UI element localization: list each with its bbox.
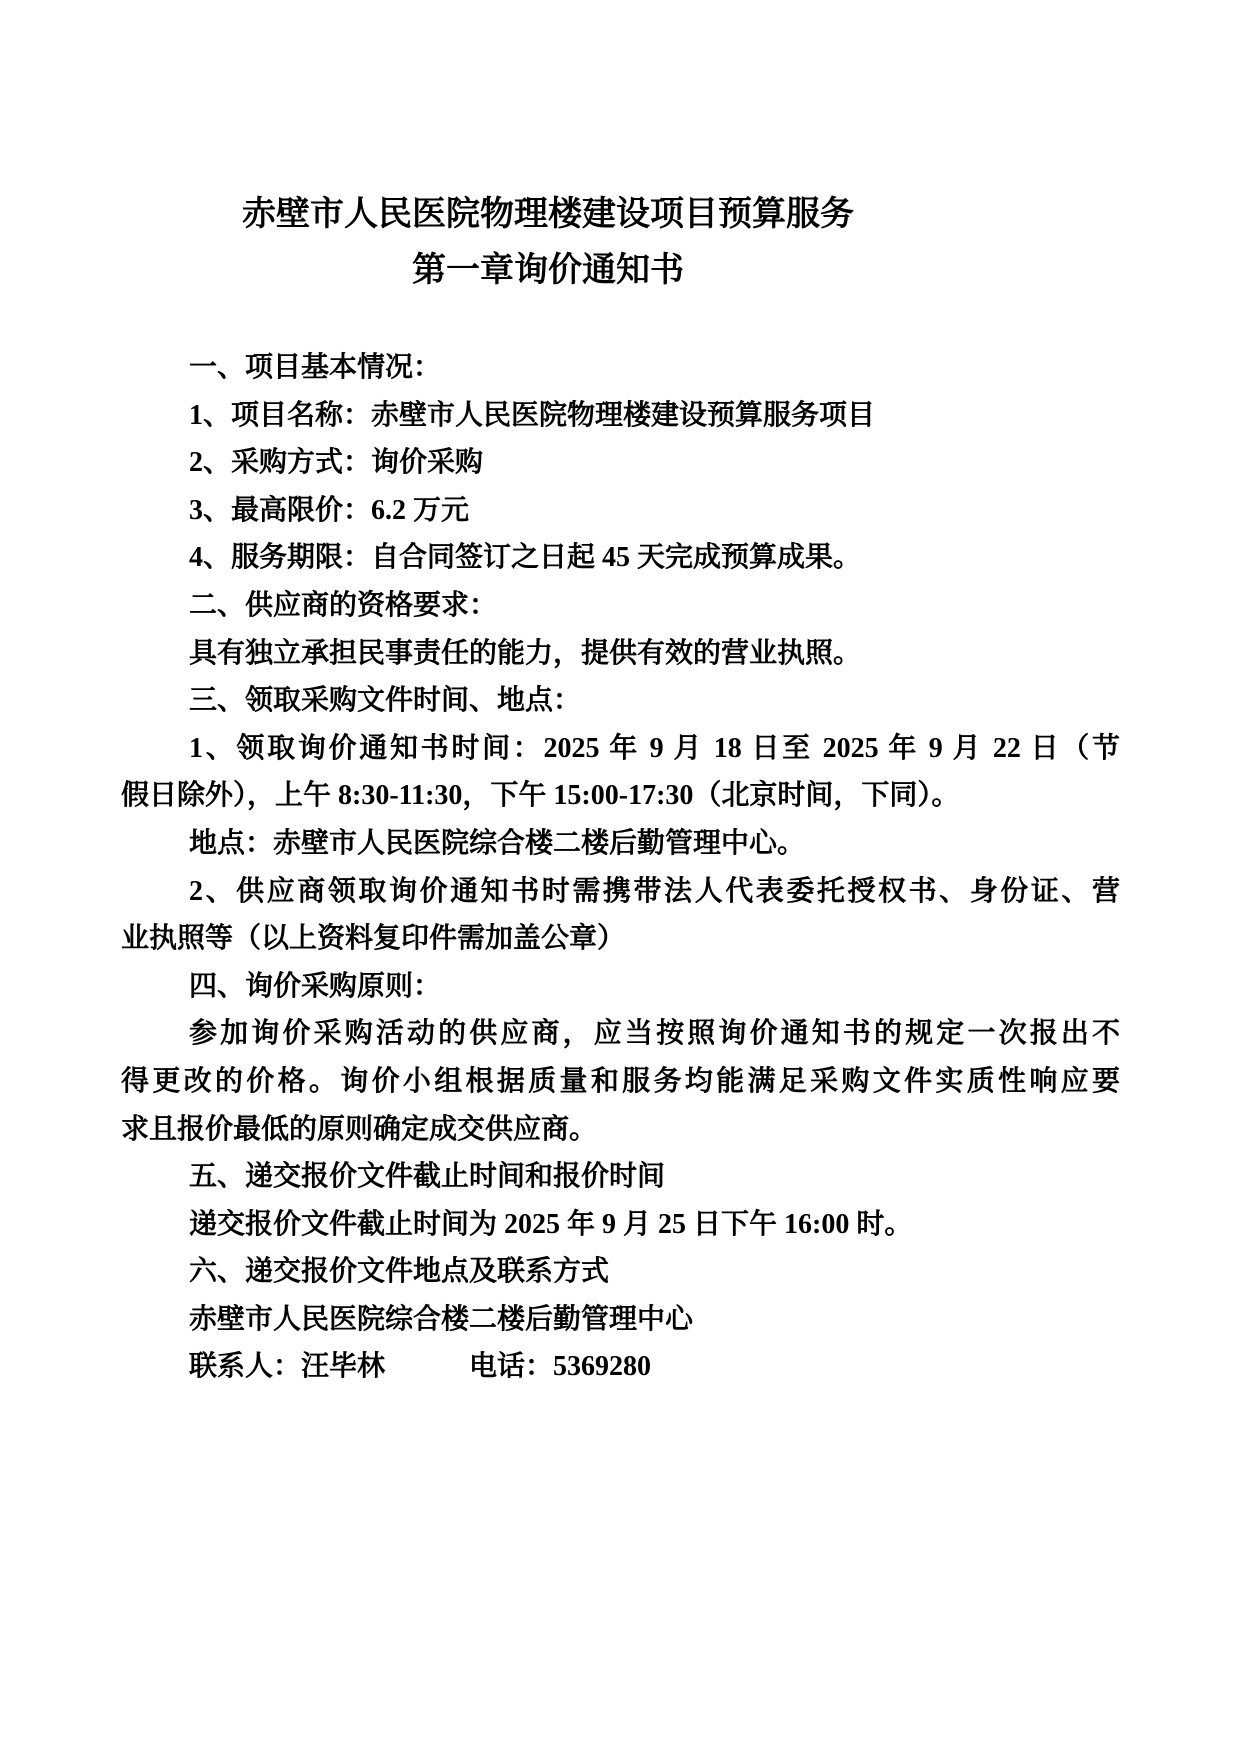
text-line: 四、询价采购原则： xyxy=(121,963,1120,1011)
chapter-title: 第一章询价通知书 xyxy=(0,243,1096,299)
text-line: 二、供应商的资格要求： xyxy=(121,582,1120,630)
text-line: 假日除外），上午 8:30-11:30，下午 15:00-17:30（北京时间，… xyxy=(121,772,1120,820)
text-line: 具有独立承担民事责任的能力，提供有效的营业执照。 xyxy=(121,630,1120,678)
text-line: 1、项目名称：赤壁市人民医院物理楼建设预算服务项目 xyxy=(121,392,1120,440)
text-line: 业执照等（以上资料复印件需加盖公章） xyxy=(121,915,1120,963)
text-line: 五、递交报价文件截止时间和报价时间 xyxy=(121,1153,1120,1201)
text-line: 求且报价最低的原则确定成交供应商。 xyxy=(121,1106,1120,1154)
document-body: 一、项目基本情况：1、项目名称：赤壁市人民医院物理楼建设预算服务项目2、采购方式… xyxy=(121,344,1120,1391)
text-line: 2、采购方式：询价采购 xyxy=(121,439,1120,487)
text-line: 赤壁市人民医院综合楼二楼后勤管理中心 xyxy=(121,1296,1120,1344)
document-page: 赤壁市人民医院物理楼建设项目预算服务 第一章询价通知书 一、项目基本情况：1、项… xyxy=(0,0,1241,1755)
text-line: 联系人：汪毕林 电话：5369280 xyxy=(121,1343,1120,1391)
text-line: 地点：赤壁市人民医院综合楼二楼后勤管理中心。 xyxy=(121,820,1120,868)
document-title: 赤壁市人民医院物理楼建设项目预算服务 xyxy=(0,187,1096,243)
text-line: 2、供应商领取询价通知书时需携带法人代表委托授权书、身份证、营 xyxy=(121,868,1120,916)
text-line: 1、领取询价通知书时间：2025 年 9 月 18 日至 2025 年 9 月 … xyxy=(121,725,1120,773)
text-line: 参加询价采购活动的供应商，应当按照询价通知书的规定一次报出不 xyxy=(121,1010,1120,1058)
text-line: 得更改的价格。询价小组根据质量和服务均能满足采购文件实质性响应要 xyxy=(121,1058,1120,1106)
text-line: 六、递交报价文件地点及联系方式 xyxy=(121,1248,1120,1296)
text-line: 3、最高限价：6.2 万元 xyxy=(121,487,1120,535)
text-line: 一、项目基本情况： xyxy=(121,344,1120,392)
title-block: 赤壁市人民医院物理楼建设项目预算服务 第一章询价通知书 xyxy=(0,0,1241,299)
text-line: 三、领取采购文件时间、地点： xyxy=(121,677,1120,725)
text-line: 递交报价文件截止时间为 2025 年 9 月 25 日下午 16:00 时。 xyxy=(121,1201,1120,1249)
text-line: 4、服务期限：自合同签订之日起 45 天完成预算成果。 xyxy=(121,534,1120,582)
